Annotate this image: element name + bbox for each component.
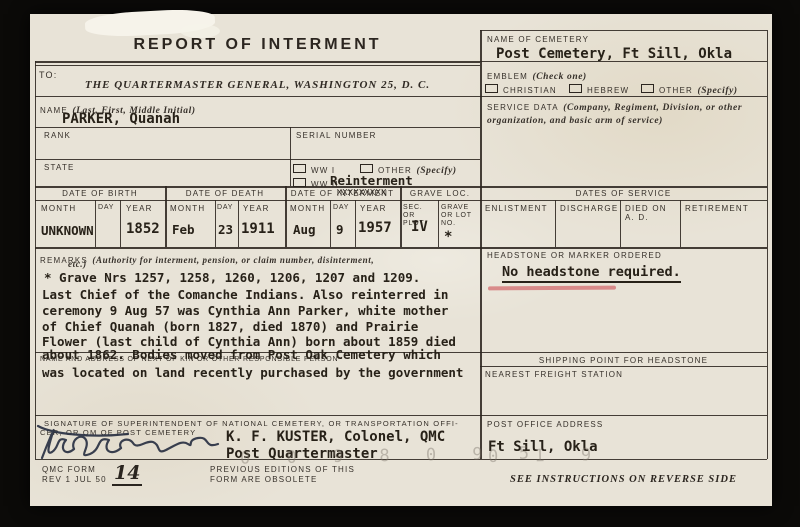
- emblem-hebrew-row: HEBREW: [569, 80, 629, 98]
- ww1-checkbox: [293, 164, 306, 173]
- grave-loc-header: GRAVE LOC.: [400, 189, 480, 198]
- birth-year-header: YEAR: [126, 204, 153, 213]
- cemetery-label: NAME OF CEMETERY: [487, 35, 589, 44]
- shipping-point-header: SHIPPING POINT FOR HEADSTONE: [480, 356, 767, 365]
- reinterment-overtype: Reinterment: [330, 173, 413, 188]
- to-label: TO:: [39, 70, 57, 80]
- interment-day-value: 9: [336, 222, 344, 237]
- hebrew-checkbox: [569, 84, 582, 93]
- rank-label: RANK: [44, 131, 71, 140]
- remarks-line: * Grave Nrs 1257, 1258, 1260, 1206, 1207…: [44, 270, 420, 285]
- birth-month-header: MONTH: [41, 204, 76, 213]
- death-year-value: 1911: [241, 221, 275, 237]
- emblem-other-note: (Specify): [697, 86, 737, 96]
- other-war-note: (Specify): [416, 166, 456, 176]
- birth-year-value: 1852: [126, 221, 160, 237]
- red-underline-mark: [488, 286, 616, 291]
- emblem-other-row: OTHER (Specify): [641, 80, 738, 98]
- cemetery-value: Post Cemetery, Ft Sill, Okla: [496, 46, 732, 62]
- name-value: PARKER, Quanah: [62, 111, 180, 127]
- birth-month-value: UNKNOWN: [41, 223, 94, 238]
- death-day-value: 23: [218, 222, 233, 237]
- date-of-death-header: DATE OF DEATH: [165, 189, 285, 198]
- grave-or-lot-header: GRAVE OR LOT NO.: [441, 204, 479, 228]
- reverse-side-note: SEE INSTRUCTIONS ON REVERSE SIDE: [480, 474, 767, 485]
- remarks-line: Last Chief of the Comanche Indians. Also…: [42, 287, 448, 302]
- serial-number-label: SERIAL NUMBER: [296, 131, 377, 140]
- retirement-header: RETIREMENT: [685, 204, 749, 213]
- remarks-note: (Authority for interment, pension, or cl…: [92, 255, 374, 265]
- next-of-kin-overflow-text: was located on land recently purchased b…: [42, 365, 463, 380]
- form-number-line2: REV 1 JUL 50: [42, 475, 107, 484]
- enlistment-header: ENLISTMENT: [485, 204, 548, 213]
- death-year-header: YEAR: [243, 204, 270, 213]
- emblem-other-label: OTHER: [659, 86, 693, 95]
- handwritten-form-count: 14: [112, 462, 142, 486]
- interment-month-header: MONTH: [290, 204, 325, 213]
- remarks-line: about 1862. Bodies moved from Post Oak C…: [42, 347, 441, 362]
- faint-stamp-digits: 0 1 9: [488, 445, 605, 467]
- interment-month-value: Aug: [293, 222, 316, 237]
- nearest-freight-station-label: NEAREST FREIGHT STATION: [485, 370, 623, 379]
- headstone-ordered-value: No headstone required.: [502, 264, 681, 283]
- death-day-header: DAY: [217, 204, 233, 211]
- discharge-header: DISCHARGE: [560, 204, 618, 213]
- remarks-line: ceremony 9 Aug 57 was Cynthia Ann Parker…: [42, 303, 448, 318]
- post-office-address-label: POST OFFICE ADDRESS: [487, 420, 603, 429]
- other-war-checkbox: [360, 164, 373, 173]
- ww2-checkbox: [293, 178, 306, 187]
- signer-typed-name: K. F. KUSTER, Colonel, QMC: [226, 429, 445, 445]
- death-month-value: Feb: [172, 222, 195, 237]
- headstone-ordered-label: HEADSTONE OR MARKER ORDERED: [487, 251, 662, 260]
- death-month-header: MONTH: [170, 204, 205, 213]
- obsolete-note-line2: FORM ARE OBSOLETE: [210, 475, 318, 484]
- date-of-birth-header: DATE OF BIRTH: [35, 189, 165, 198]
- emblem-christian-row: CHRISTIAN: [485, 80, 557, 98]
- page-title: REPORT OF INTERMENT: [35, 36, 480, 54]
- interment-year-value: 1957: [358, 220, 392, 236]
- birth-day-header: DAY: [98, 204, 114, 211]
- handwritten-signature: [32, 412, 227, 464]
- grave-or-lot-value: *: [444, 229, 452, 245]
- interment-year-header: YEAR: [360, 204, 387, 213]
- addressee: THE QUARTERMASTER GENERAL, WASHINGTON 25…: [35, 79, 480, 91]
- emblem-other-checkbox: [641, 84, 654, 93]
- interment-day-header: DAY: [333, 204, 349, 211]
- remarks-line: of Chief Quanah (born 1827, died 1870) a…: [42, 319, 418, 334]
- form-number-line1: QMC FORM: [42, 465, 96, 474]
- service-data-label: SERVICE DATA: [487, 103, 559, 112]
- state-label: STATE: [44, 163, 75, 172]
- died-on-ad-header: DIED ON A. D.: [625, 204, 677, 222]
- sec-or-plot-value: IV: [411, 219, 428, 235]
- christian-label: CHRISTIAN: [503, 86, 557, 95]
- christian-checkbox: [485, 84, 498, 93]
- remarks-label: REMARKS: [40, 256, 88, 265]
- hebrew-label: HEBREW: [587, 86, 629, 95]
- interment-form-card: REPORT OF INTERMENT TO: THE QUARTERMASTE…: [30, 14, 772, 506]
- date-of-interment-header: DATE OF INTERMENTXXXXXXXXX: [285, 189, 400, 198]
- dates-of-service-header: DATES OF SERVICE: [480, 189, 767, 198]
